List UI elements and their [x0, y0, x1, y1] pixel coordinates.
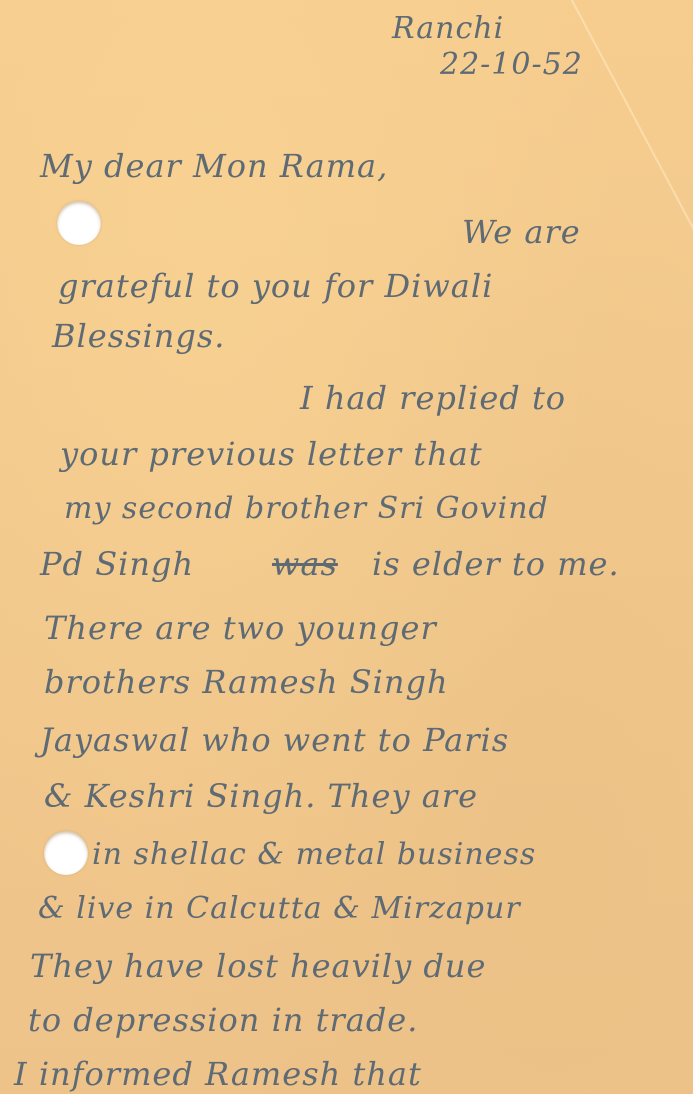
letter-line: They have lost heavily due	[30, 950, 486, 982]
letter-line: & Keshri Singh. They are	[44, 780, 478, 812]
letter-salutation: My dear Mon Rama,	[40, 150, 388, 182]
letter-line: Pd Singh	[40, 548, 194, 580]
letter-place: Ranchi	[392, 14, 504, 44]
letter-line: Jayaswal who went to Paris	[40, 724, 509, 756]
letter-line: your previous letter that	[60, 438, 483, 470]
letter-line: & live in Calcutta & Mirzapur	[38, 894, 521, 924]
letter-line: We are	[462, 216, 581, 248]
letter-line: There are two younger	[44, 612, 437, 644]
letter-line: I informed Ramesh that	[14, 1058, 422, 1090]
letter-line: to depression in trade.	[28, 1004, 418, 1036]
letter-line: in shellac & metal business	[92, 840, 536, 870]
letter-line: my second brother Sri Govind	[64, 494, 549, 524]
punch-hole-top	[57, 201, 101, 245]
struck-word: was	[272, 548, 338, 580]
letter-line: grateful to you for Diwali	[58, 270, 493, 302]
letter-line: I had replied to	[300, 382, 566, 414]
letter-date: 22-10-52	[440, 50, 583, 80]
letter-line: is elder to me.	[372, 548, 620, 580]
punch-hole-bottom	[44, 831, 88, 875]
letter-page: Ranchi 22-10-52 My dear Mon Rama, We are…	[0, 0, 693, 1094]
letter-line: brothers Ramesh Singh	[44, 666, 449, 698]
letter-line: Blessings.	[52, 320, 225, 352]
